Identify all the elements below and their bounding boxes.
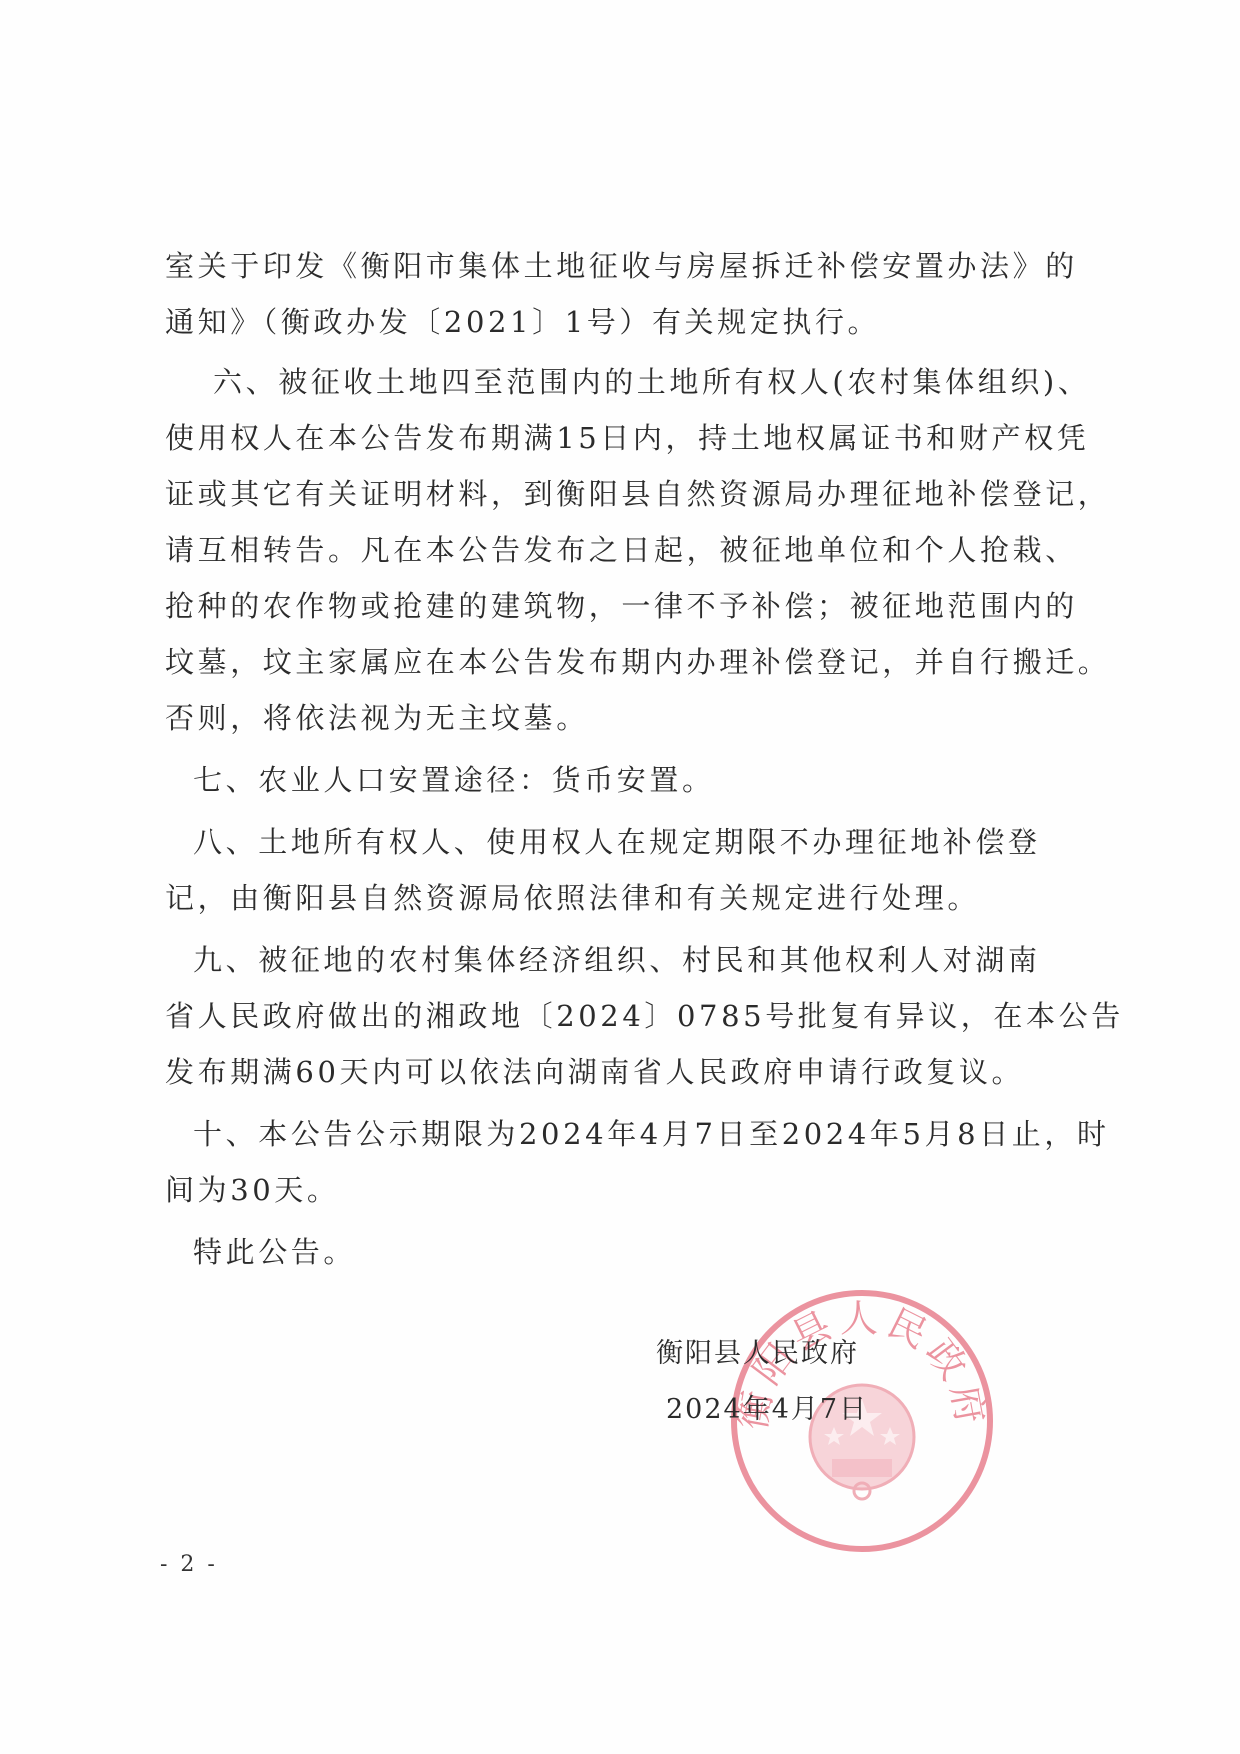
page-number: - 2 - (160, 1552, 218, 1577)
document-page: 室关于印发《衡阳市集体土地征收与房屋拆迁补偿安置办法》的通知》（衡政办发〔202… (0, 0, 1240, 1754)
text-line: 否则，将依法视为无主坟墓。 (165, 698, 589, 738)
issue-date: 2024年4月7日 (666, 1392, 868, 1428)
text-line: 十、本公告公示期限为2024年4月7日至2024年5月8日止，时 (193, 1114, 1110, 1154)
text-line: 抢种的农作物或抢建的建筑物，一律不予补偿；被征地范围内的 (165, 586, 1078, 626)
issuer-name: 衡阳县人民政府 (656, 1336, 859, 1372)
text-line: 发布期满60天内可以依法向湖南省人民政府申请行政复议。 (165, 1052, 1024, 1092)
text-line: 室关于印发《衡阳市集体土地征收与房屋拆迁补偿安置办法》的 (165, 246, 1078, 286)
text-line: 八、土地所有权人、使用权人在规定期限不办理征地补偿登 (193, 822, 1041, 862)
text-line: 六、被征收土地四至范围内的土地所有权人(农村集体组织)、 (213, 362, 1090, 402)
text-line: 请互相转告。凡在本公告发布之日起，被征地单位和个人抢栽、 (165, 530, 1078, 570)
text-line: 九、被征地的农村集体经济组织、村民和其他权利人对湖南 (193, 940, 1041, 980)
text-line: 间为30天。 (165, 1170, 340, 1210)
text-line: 特此公告。 (193, 1232, 356, 1272)
text-line: 七、农业人口安置途径：货币安置。 (193, 760, 715, 800)
text-line: 通知》（衡政办发〔2021〕1号）有关规定执行。 (165, 302, 880, 342)
text-line: 记，由衡阳县自然资源局依照法律和有关规定进行处理。 (165, 878, 980, 918)
text-line: 使用权人在本公告发布期满15日内，持土地权属证书和财产权凭 (165, 418, 1089, 458)
text-line: 证或其它有关证明材料，到衡阳县自然资源局办理征地补偿登记， (165, 474, 1110, 514)
text-line: 坟墓，坟主家属应在本公告发布期内办理补偿登记，并自行搬迁。 (165, 642, 1110, 682)
text-line: 省人民政府做出的湘政地〔2024〕0785号批复有异议，在本公告 (165, 996, 1124, 1036)
